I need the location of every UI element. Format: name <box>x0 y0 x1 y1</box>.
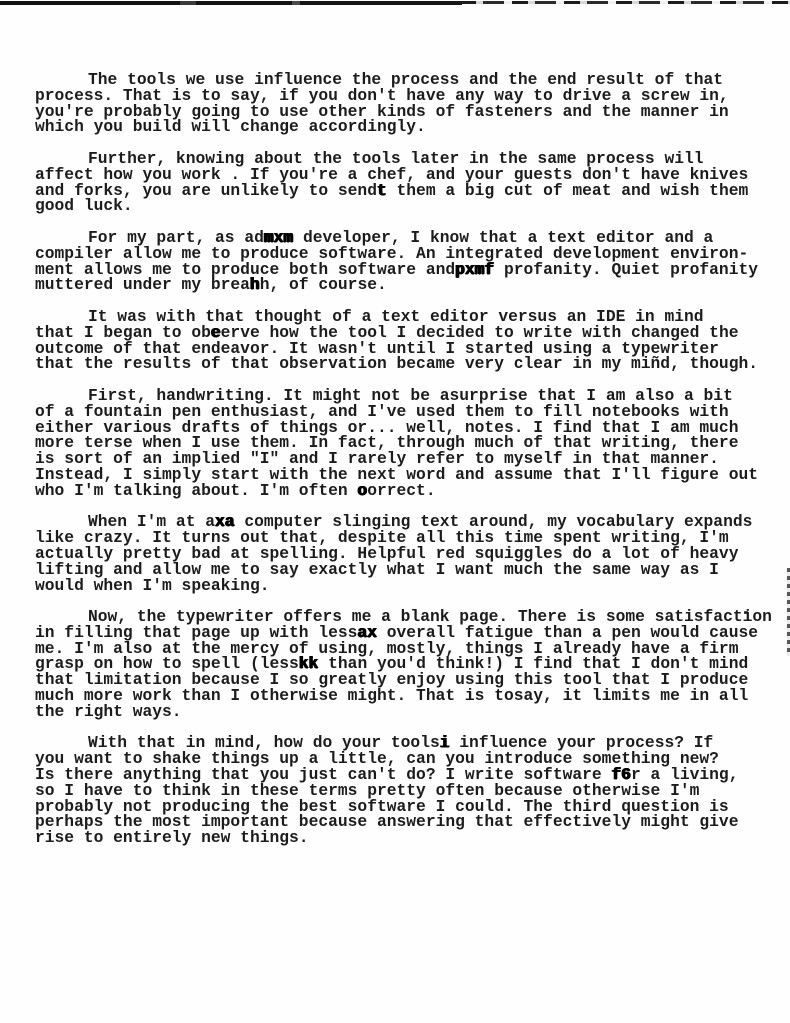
overstrike-text: t <box>377 181 387 200</box>
text-line: and forks, you are unlikely to sendt the… <box>35 183 763 199</box>
scanned-page: The tools we use influence the process a… <box>0 0 790 1023</box>
scan-edge-top-artifact <box>0 0 790 7</box>
scan-edge-top-solid <box>0 1 462 5</box>
document-body: The tools we use influence the process a… <box>35 72 763 862</box>
text-line: which you build will change accordingly. <box>35 119 763 135</box>
paragraph-1: The tools we use influence the process a… <box>35 72 763 135</box>
scan-edge-top-dashes <box>460 1 790 4</box>
text-line: would when I'm speaking. <box>35 578 763 594</box>
paragraph-6: When I'm at axa computer slinging text a… <box>35 514 763 593</box>
overstrike-text: h <box>250 275 260 294</box>
paragraph-8: With that in mind, how do your toolsi in… <box>35 735 763 846</box>
paragraph-2: Further, knowing about the tools later i… <box>35 151 763 214</box>
overstrike-text: o <box>357 481 367 500</box>
paragraph-7: Now, the typewriter offers me a blank pa… <box>35 609 763 720</box>
text-line: who I'm talking about. I'm often oorrect… <box>35 483 763 499</box>
overstrike-text: pxmf <box>455 260 494 279</box>
paragraph-5: First, handwriting. It might not be asur… <box>35 388 763 499</box>
text-line: rise to entirely new things. <box>35 830 763 846</box>
text-line: good luck. <box>35 198 763 214</box>
text-line: muttered under my breahh, of course. <box>35 277 763 293</box>
text-line: the right ways. <box>35 704 763 720</box>
paragraph-3: For my part, as admxm developer, I know … <box>35 230 763 293</box>
text-line: that the results of that observation bec… <box>35 356 763 372</box>
paragraph-4: It was with that thought of a text edito… <box>35 309 763 372</box>
